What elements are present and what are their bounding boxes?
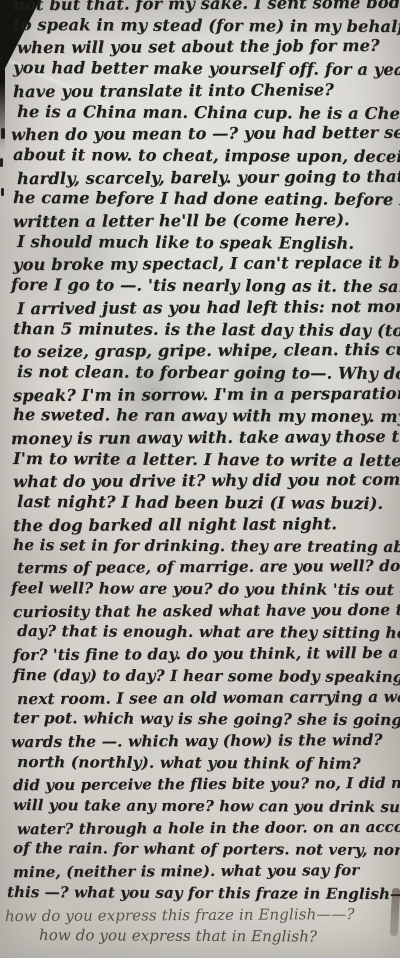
manuscript-line: north (northly). what you think of him? <box>17 752 398 776</box>
manuscript-page: not but that. for my sake. I sent some b… <box>0 0 400 958</box>
manuscript-line: about it now. to cheat, impose upon, dec… <box>13 144 398 168</box>
manuscript-line: the dog barked all night last night. <box>13 513 398 537</box>
manuscript-line: I arrived just as you had left this: not… <box>17 296 398 320</box>
manuscript-line: when will you set about the job for me? <box>17 35 398 59</box>
manuscript-line: how do you express that in English? <box>39 925 398 949</box>
handwritten-text-block: not but that. for my sake. I sent some b… <box>0 0 400 948</box>
manuscript-line: than 5 minutes. is the last day this day… <box>13 318 398 342</box>
manuscript-line: fine (day) to day? I hear some body spea… <box>13 665 398 689</box>
manuscript-line: speak? I'm in sorrow. I'm in a persparat… <box>13 382 398 406</box>
manuscript-line: day? that is enough. what are they sitti… <box>17 621 398 645</box>
manuscript-line: mine, (neither is mine). what you say fo… <box>13 860 398 884</box>
manuscript-line: have you translate it into Chenise? <box>13 79 398 103</box>
manuscript-line: I should much like to speak English. <box>17 231 398 255</box>
manuscript-line: he came before I had done eating. before… <box>13 187 398 211</box>
manuscript-line: he is a China man. China cup. he is a Ch… <box>17 101 398 125</box>
manuscript-line: is not clean. to forbear going to—. Why … <box>17 361 398 385</box>
manuscript-line: fore I go to —. 'tis nearly long as it. … <box>11 274 398 298</box>
manuscript-line: he sweted. he ran away with my money. my <box>13 404 398 428</box>
manuscript-line: feel well? how are you? do you think 'ti… <box>11 578 398 602</box>
manuscript-line: money is run away with. take away those … <box>11 426 398 450</box>
manuscript-line: you had better make yourself off. for a … <box>13 57 398 81</box>
manuscript-line: will you take any more? how can you drin… <box>13 795 398 819</box>
manuscript-line: curiosity that he asked what have you do… <box>13 600 398 624</box>
manuscript-line: last night? I had been buzi (I was buzi)… <box>17 491 398 515</box>
manuscript-line: this —? what you say for this fraze in E… <box>7 882 398 906</box>
manuscript-line: to seize, grasp, gripe. whipe, clean. th… <box>13 339 398 363</box>
manuscript-line: written a letter he'll be (come here). <box>13 209 398 233</box>
manuscript-line: for? 'tis fine to day. do you think, it … <box>13 643 398 667</box>
manuscript-line: I'm to write a letter. I have to write a… <box>13 448 398 472</box>
manuscript-line: of the rain. for whant of porters. not v… <box>13 838 398 862</box>
manuscript-line: next room. I see an old woman carrying a… <box>17 686 398 710</box>
manuscript-line: water? through a hole in the door. on an… <box>17 817 398 841</box>
manuscript-line: when do you mean to —? you had better se… <box>11 122 398 146</box>
manuscript-line: hardly, scarcely, barely. your going to … <box>17 165 398 189</box>
manuscript-line: what do you drive it? why did you not co… <box>13 469 398 493</box>
manuscript-line: ter pot. which way is she going? she is … <box>13 708 398 732</box>
manuscript-line: he is set in for drinking. they are trea… <box>13 535 398 559</box>
manuscript-line: you broke my spectacl, I can't replace i… <box>13 252 398 276</box>
manuscript-line: terms of peace, of marrige. are you well… <box>17 556 398 580</box>
manuscript-line: did you perceive the flies bite you? no,… <box>13 773 398 797</box>
manuscript-line: wards the —. which way (how) is the wind… <box>11 730 398 754</box>
manuscript-line: how do you express this fraze in English… <box>5 903 398 927</box>
manuscript-line: to speak in my stead (for me) in my beha… <box>13 14 398 38</box>
